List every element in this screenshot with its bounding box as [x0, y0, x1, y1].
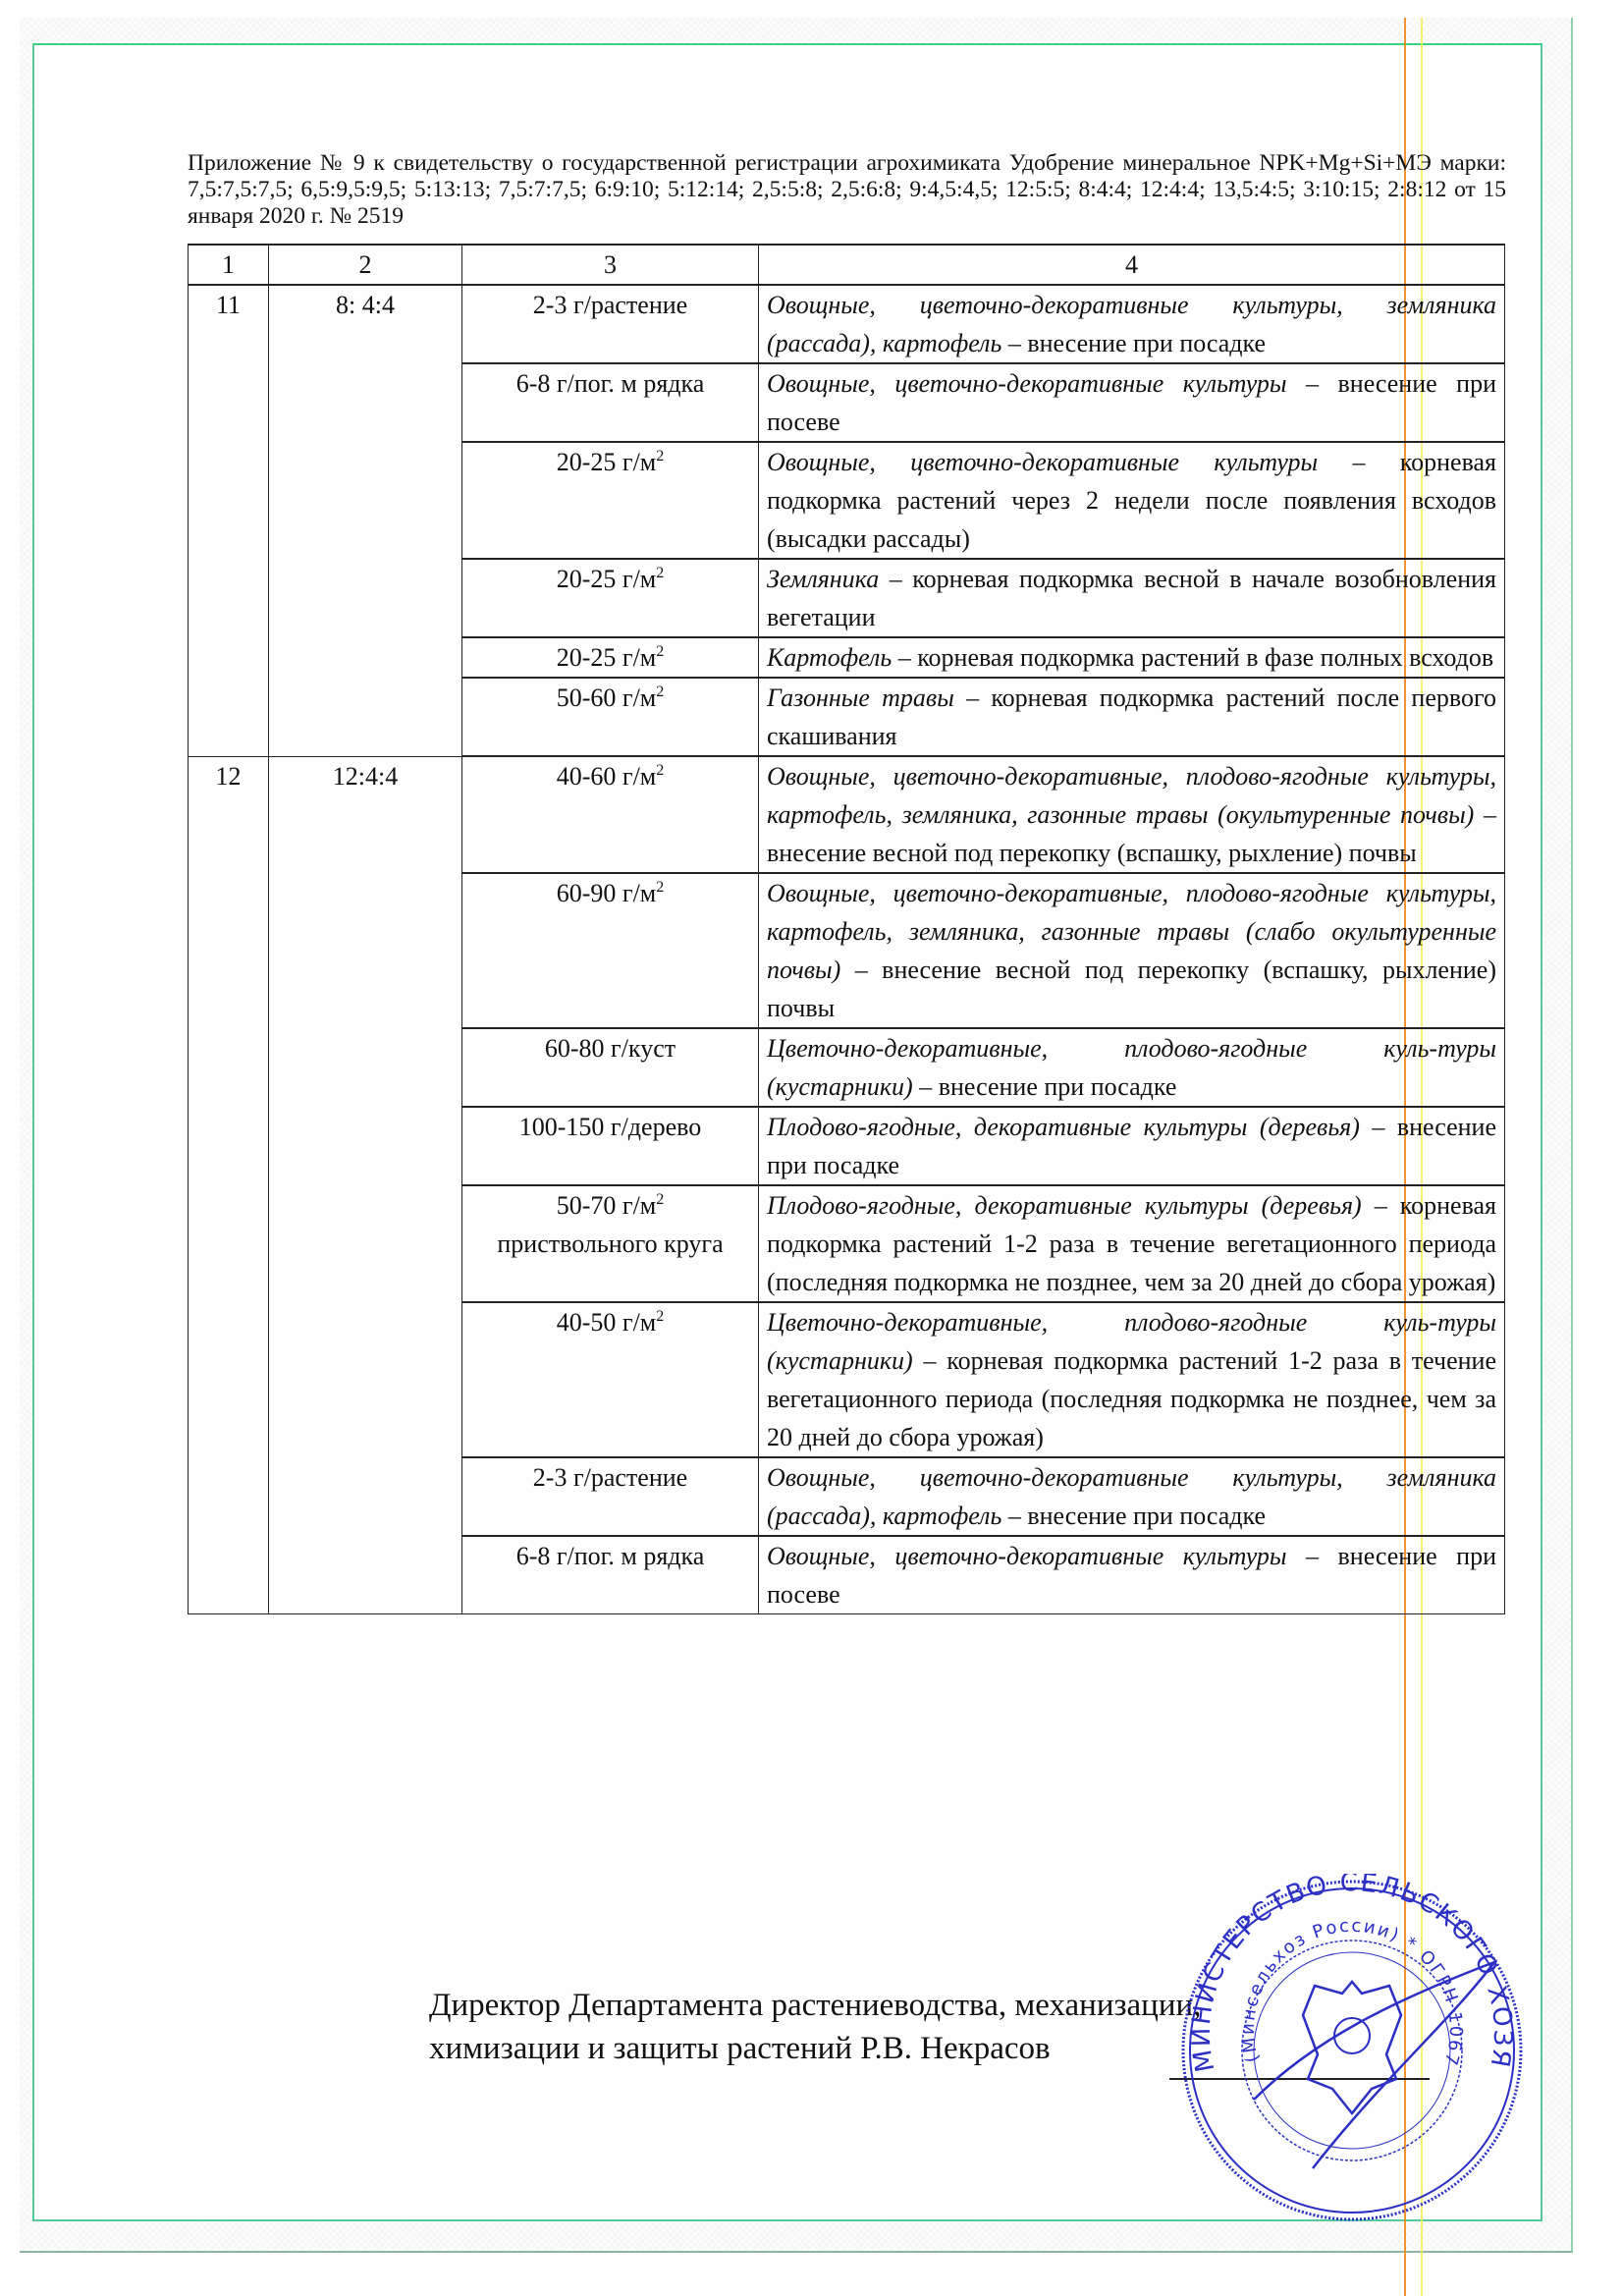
- crops-application-cell: Овощные, цветочно-декоративные культуры …: [759, 442, 1505, 559]
- dose-cell: 40-60 г/м2: [462, 756, 759, 873]
- column-header: 4: [759, 245, 1505, 285]
- table-row: 1212:4:440-60 г/м2Овощные, цветочно-деко…: [189, 756, 1505, 873]
- crops-text: Плодово-ягодные, декоративные культуры (…: [767, 1113, 1360, 1141]
- row-number: 12: [189, 756, 269, 1614]
- application-text: – внесение при посадке: [1001, 329, 1266, 357]
- crops-application-cell: Плодово-ягодные, декоративные культуры (…: [759, 1185, 1505, 1302]
- document-heading: Приложение № 9 к свидетельству о государ…: [188, 150, 1506, 230]
- dose-cell: 100-150 г/дерево: [462, 1107, 759, 1185]
- dose-value: 100-150 г/дерево: [519, 1113, 701, 1141]
- dose-value: 20-25 г/м: [557, 565, 657, 593]
- dose-unit-exponent: 2: [656, 1191, 664, 1208]
- dose-value: 60-90 г/м: [557, 879, 657, 907]
- signature-name-line: химизации и защиты растений Р.В. Некрасо…: [429, 2027, 1201, 2070]
- crops-application-cell: Овощные, цветочно-декоративные, плодово-…: [759, 756, 1505, 873]
- dose-value: 40-50 г/м: [557, 1308, 657, 1337]
- crops-application-cell: Газонные травы – корневая подкормка раст…: [759, 678, 1505, 756]
- dose-value: 50-60 г/м: [557, 683, 657, 712]
- crops-application-cell: Овощные, цветочно-декоративные культуры,…: [759, 1457, 1505, 1536]
- crops-application-cell: Плодово-ягодные, декоративные культуры (…: [759, 1107, 1505, 1185]
- dose-unit-exponent: 2: [656, 879, 664, 896]
- dose-unit-exponent: 2: [656, 643, 664, 660]
- table-header-row: 1 2 3 4: [189, 245, 1505, 285]
- crops-application-cell: Цветочно-декоративные, плодово-ягодные к…: [759, 1302, 1505, 1457]
- crops-text: Плодово-ягодные, декоративные культуры (…: [767, 1191, 1362, 1220]
- application-text: – внесение весной под перекопку (вспашку…: [767, 956, 1496, 1022]
- column-header: 3: [462, 245, 759, 285]
- application-text: – внесение при посадке: [913, 1072, 1177, 1101]
- dose-cell: 60-80 г/куст: [462, 1028, 759, 1107]
- fertilizer-grade: 12:4:4: [269, 756, 462, 1614]
- dose-value: 2-3 г/растение: [533, 291, 687, 319]
- dose-cell: 50-60 г/м2: [462, 678, 759, 756]
- crops-application-cell: Овощные, цветочно-декоративные, плодово-…: [759, 873, 1505, 1028]
- crops-text: Овощные, цветочно-декоративные культуры: [767, 1542, 1287, 1570]
- crops-text: Газонные травы: [767, 683, 954, 712]
- dose-value: 6-8 г/пог. м рядка: [516, 369, 705, 398]
- crops-text: Овощные, цветочно-декоративные культуры: [767, 448, 1318, 476]
- dose-cell: 50-70 г/м2приствольного круга: [462, 1185, 759, 1302]
- official-stamp-icon: МИНИСТЕРСТВО СЕЛЬСКОГО ХОЗЯЙСТВА РОССИЙС…: [1175, 1874, 1529, 2227]
- dose-value: 60-80 г/куст: [545, 1034, 676, 1063]
- dose-unit-exponent: 2: [656, 565, 664, 581]
- crops-text: Овощные, цветочно-декоративные, плодово-…: [767, 762, 1496, 829]
- column-header: 2: [269, 245, 462, 285]
- dose-cell: 6-8 г/пог. м рядка: [462, 363, 759, 442]
- row-number: 11: [189, 285, 269, 756]
- dose-value: 6-8 г/пог. м рядка: [516, 1542, 705, 1570]
- dose-unit-exponent: 2: [656, 448, 664, 465]
- dose-value: 2-3 г/растение: [533, 1463, 687, 1492]
- application-text: – корневая подкормка растений в фазе пол…: [892, 643, 1493, 672]
- crops-text: Овощные, цветочно-декоративные культуры: [767, 369, 1287, 398]
- crops-application-cell: Овощные, цветочно-декоративные культуры,…: [759, 285, 1505, 363]
- dose-value: 40-60 г/м: [557, 762, 657, 791]
- crops-text: Земляника: [767, 565, 879, 593]
- crops-application-cell: Цветочно-декоративные, плодово-ягодные к…: [759, 1028, 1505, 1107]
- crops-application-cell: Картофель – корневая подкормка растений …: [759, 637, 1505, 678]
- dose-value: 20-25 г/м: [557, 643, 657, 672]
- dose-cell: 2-3 г/растение: [462, 285, 759, 363]
- dose-cell: 6-8 г/пог. м рядка: [462, 1536, 759, 1614]
- crops-application-cell: Овощные, цветочно-декоративные культуры …: [759, 363, 1505, 442]
- column-header: 1: [189, 245, 269, 285]
- crops-text: Картофель: [767, 643, 892, 672]
- dose-cell: 40-50 г/м2: [462, 1302, 759, 1457]
- fertilizer-grade: 8: 4:4: [269, 285, 462, 756]
- table-row: 118: 4:42-3 г/растениеОвощные, цветочно-…: [189, 285, 1505, 363]
- dose-cell: 20-25 г/м2: [462, 442, 759, 559]
- dose-cell: 2-3 г/растение: [462, 1457, 759, 1536]
- dose-unit-exponent: 2: [656, 683, 664, 700]
- dose-unit-exponent: 2: [656, 762, 664, 779]
- dose-value: 20-25 г/м: [557, 448, 657, 476]
- crops-application-cell: Овощные, цветочно-декоративные культуры …: [759, 1536, 1505, 1614]
- dose-cell: 60-90 г/м2: [462, 873, 759, 1028]
- application-text: – внесение при посадке: [1001, 1502, 1266, 1530]
- dose-cell: 20-25 г/м2: [462, 559, 759, 637]
- signature-title-line: Директор Департамента растениеводства, м…: [429, 1984, 1201, 2027]
- application-table: 1 2 3 4 118: 4:42-3 г/растениеОвощные, ц…: [188, 244, 1505, 1614]
- crops-application-cell: Земляника – корневая подкормка весной в …: [759, 559, 1505, 637]
- dose-qualifier: приствольного круга: [497, 1230, 723, 1258]
- signature-block: Директор Департамента растениеводства, м…: [429, 1984, 1201, 2070]
- dose-cell: 20-25 г/м2: [462, 637, 759, 678]
- dose-value: 50-70 г/м: [557, 1191, 657, 1220]
- dose-unit-exponent: 2: [656, 1308, 664, 1325]
